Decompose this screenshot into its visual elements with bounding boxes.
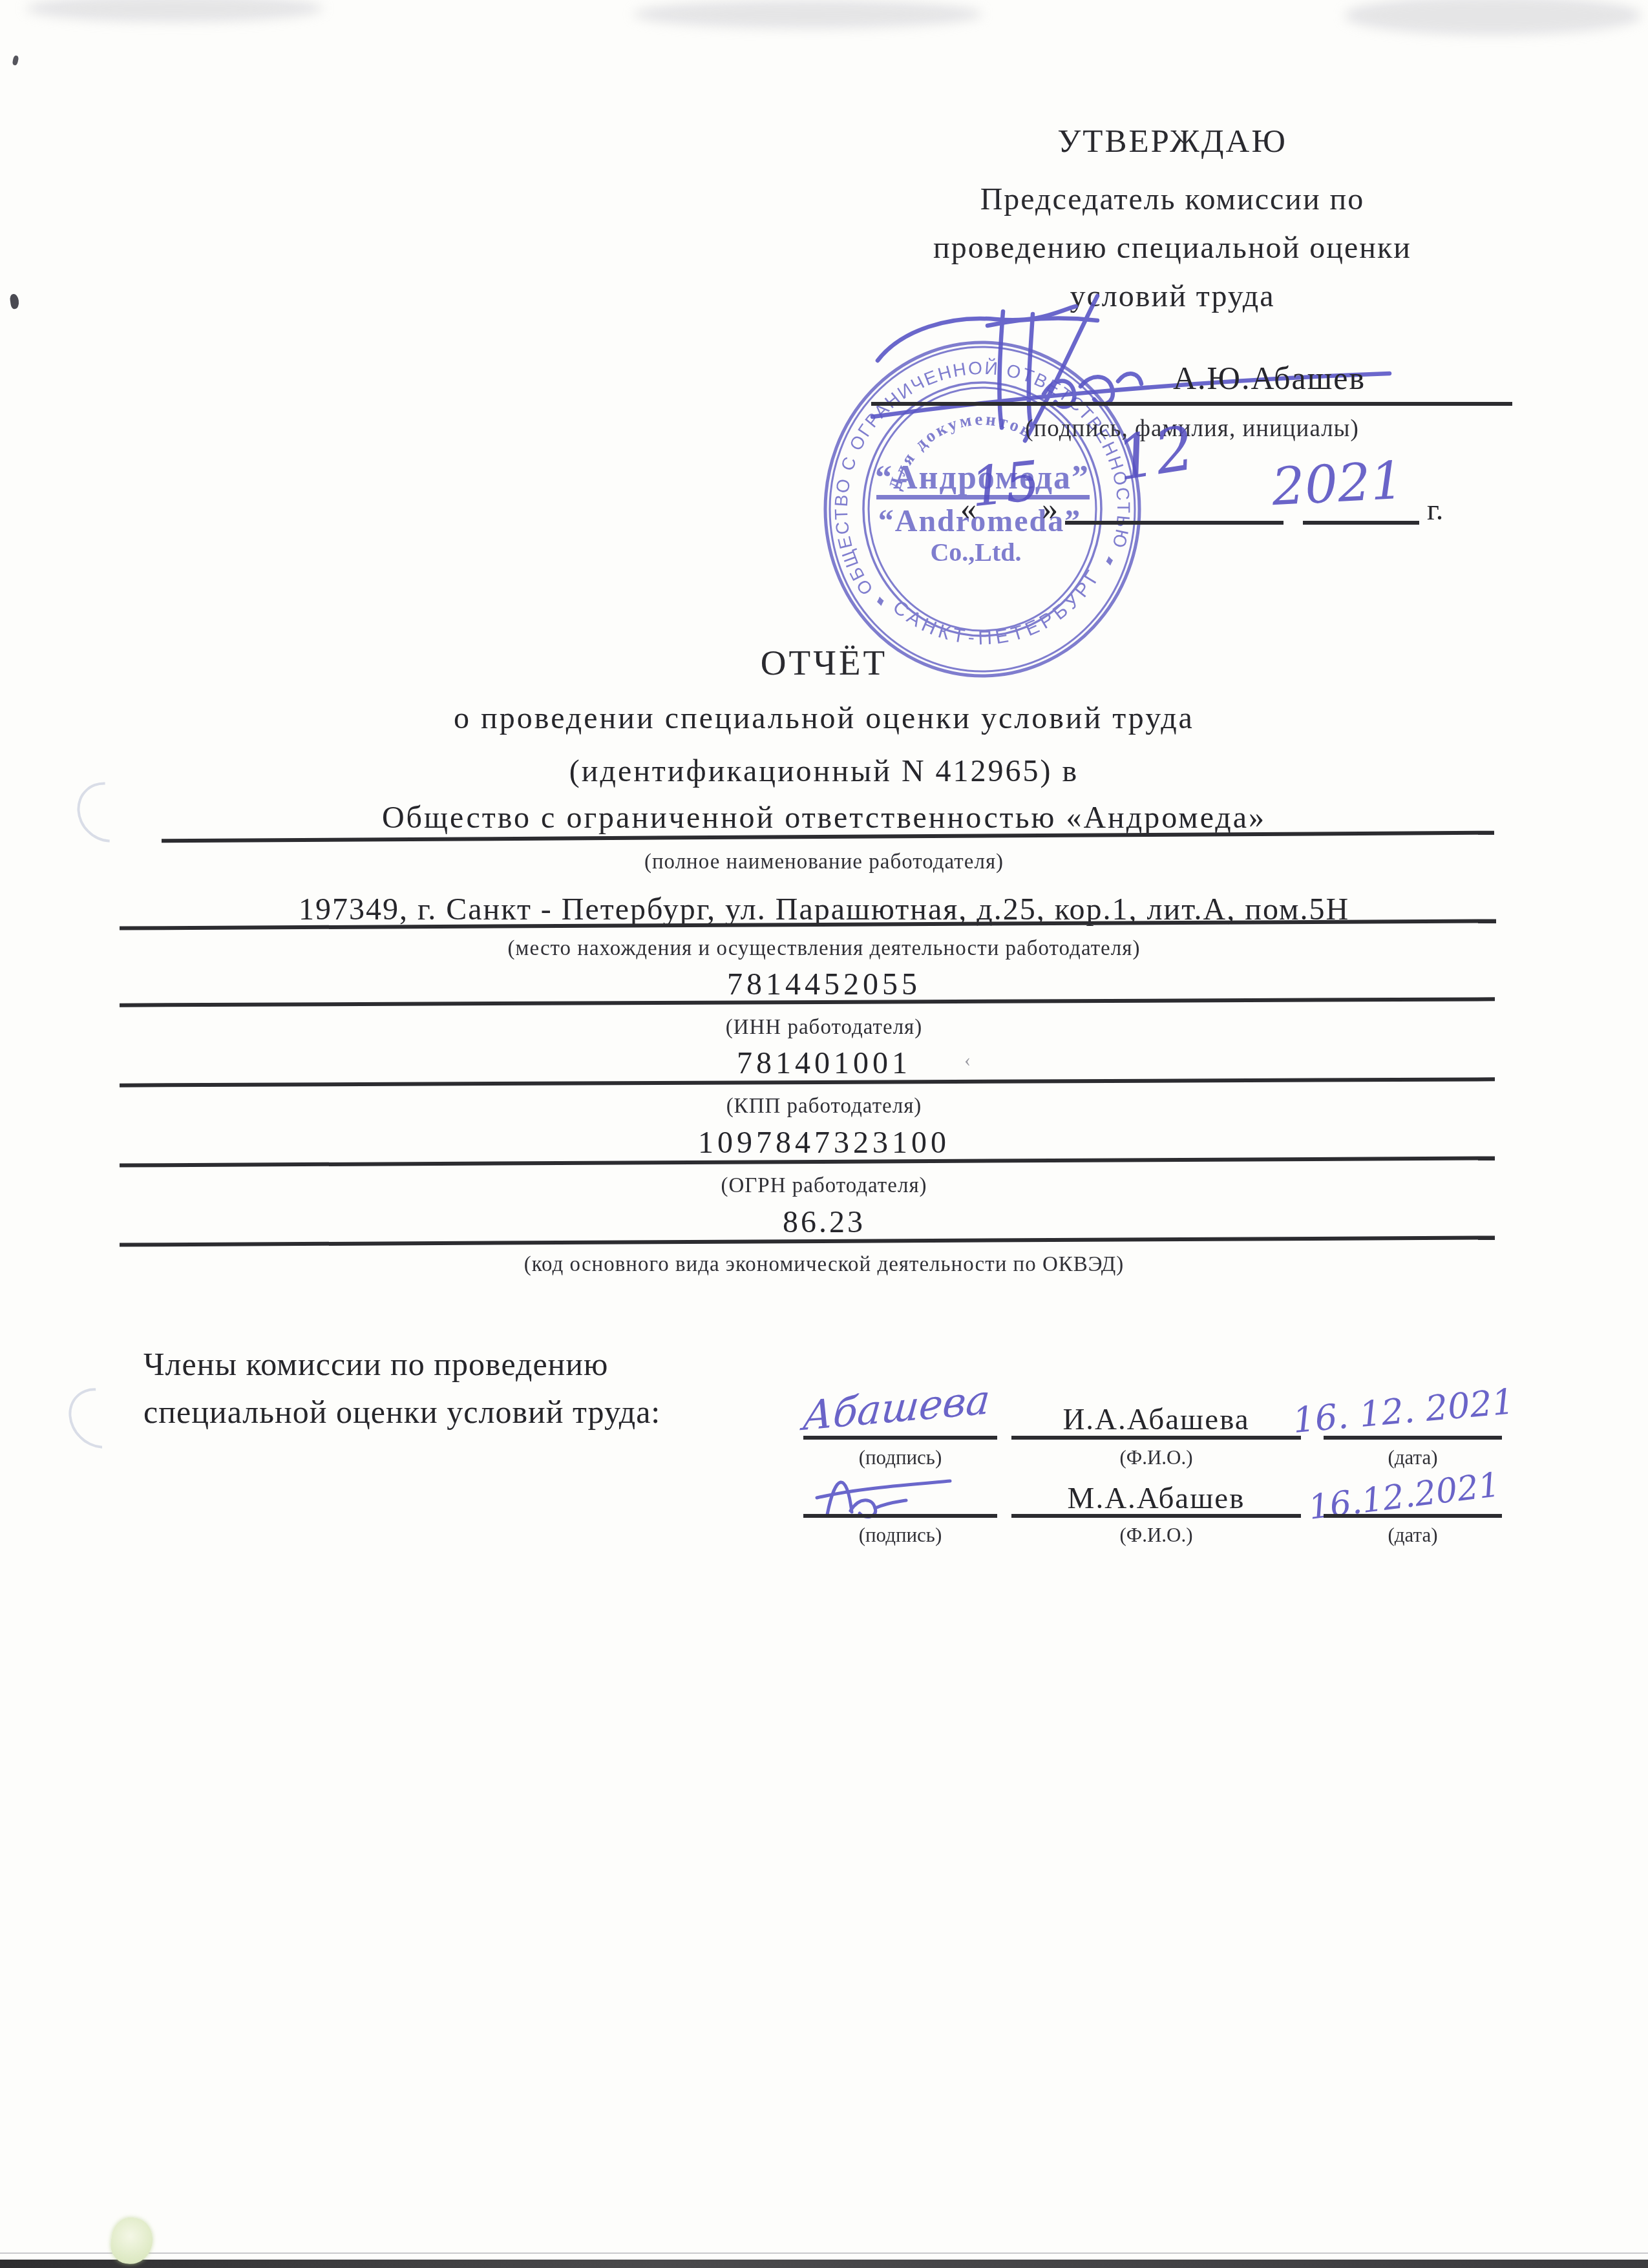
approval-role-line-1: Председатель комиссии по (824, 182, 1521, 217)
field-inn: 7814452055 (13, 967, 1635, 1002)
date-year-handwritten: 2021 (1271, 450, 1405, 518)
field-caption: (код основного вида экономической деятел… (13, 1253, 1635, 1277)
scan-smudge-top-middle (633, 0, 982, 28)
stamp-separator-icon: ♦ (875, 593, 886, 611)
approval-heading: УТВЕРЖДАЮ (824, 123, 1521, 160)
date-day-handwritten: 15 (967, 449, 1043, 520)
scan-speck (12, 55, 19, 65)
committee-label-line-2: специальной оценки условий труда: (143, 1393, 660, 1431)
scan-edge-line (0, 2252, 1648, 2254)
scanned-report-page: ‹ УТВЕРЖДАЮ Председатель комиссии по про… (0, 0, 1648, 2268)
member1-date-caption: (дата) (1324, 1446, 1502, 1469)
approver-signature-line (871, 402, 1512, 406)
member2-signature-caption: (подпись) (803, 1524, 997, 1547)
field-kpp: 781401001 (13, 1045, 1635, 1081)
field-caption: (ИНН работодателя) (13, 1016, 1635, 1040)
date-year-suffix: г. (1427, 492, 1443, 527)
scan-speck (9, 293, 19, 310)
date-underline (1065, 521, 1284, 525)
member1-name: И.А.Абашева (1011, 1402, 1301, 1437)
member2-date-handwritten: 16.12.2021 (1306, 1465, 1502, 1528)
scan-smudge-top-right (1344, 0, 1642, 35)
report-id-line: (идентификационный N 412965) в (0, 753, 1648, 789)
member1-signature-handwritten: Абашева (801, 1376, 992, 1440)
approval-role-line-2: проведению специальной оценки (824, 230, 1521, 266)
field-caption: (полное наименование работодателя) (13, 850, 1635, 874)
member1-name-caption: (Ф.И.О.) (1011, 1446, 1301, 1469)
date-quote-close: » (1042, 490, 1058, 527)
date-underline (1303, 521, 1419, 525)
member2-signature-line (803, 1514, 997, 1518)
member1-name-line (1011, 1436, 1301, 1440)
field-ogrn: 1097847323100 (13, 1125, 1635, 1160)
member2-name-caption: (Ф.И.О.) (1011, 1524, 1301, 1547)
member2-name-line (1011, 1514, 1301, 1518)
field-caption: (КПП работодателя) (13, 1095, 1635, 1118)
scan-edge-strip (0, 2260, 1648, 2268)
member2-date-caption: (дата) (1324, 1524, 1502, 1547)
field-employer-name: Общество с ограниченной ответственностью… (13, 800, 1635, 835)
member1-date-line (1324, 1436, 1502, 1440)
member2-date-line (1324, 1514, 1502, 1518)
member2-signature-handwritten (809, 1455, 958, 1523)
date-month-handwritten: 12 (1112, 413, 1199, 494)
member2-name: М.А.Абашев (1011, 1481, 1301, 1516)
field-caption: (место нахождения и осуществления деятел… (13, 937, 1635, 961)
field-caption: (ОГРН работодателя) (13, 1174, 1635, 1198)
approver-name: А.Ю.Абашев (1173, 359, 1366, 397)
scan-smudge-top-left (26, 0, 323, 22)
committee-label-line-1: Члены комиссии по проведению (143, 1345, 608, 1383)
stamp-separator-icon: ♦ (1104, 552, 1115, 570)
member1-signature-line (803, 1436, 997, 1440)
stamp-suffix: Co.,Ltd. (930, 538, 1021, 567)
field-okved: 86.23 (13, 1204, 1635, 1240)
report-subtitle: о проведении специальной оценки условий … (0, 700, 1648, 736)
report-heading: ОТЧЁТ (0, 642, 1648, 683)
paper-curl-mark (56, 1376, 142, 1461)
member1-date-handwritten: 16. 12. 2021 (1291, 1381, 1516, 1441)
